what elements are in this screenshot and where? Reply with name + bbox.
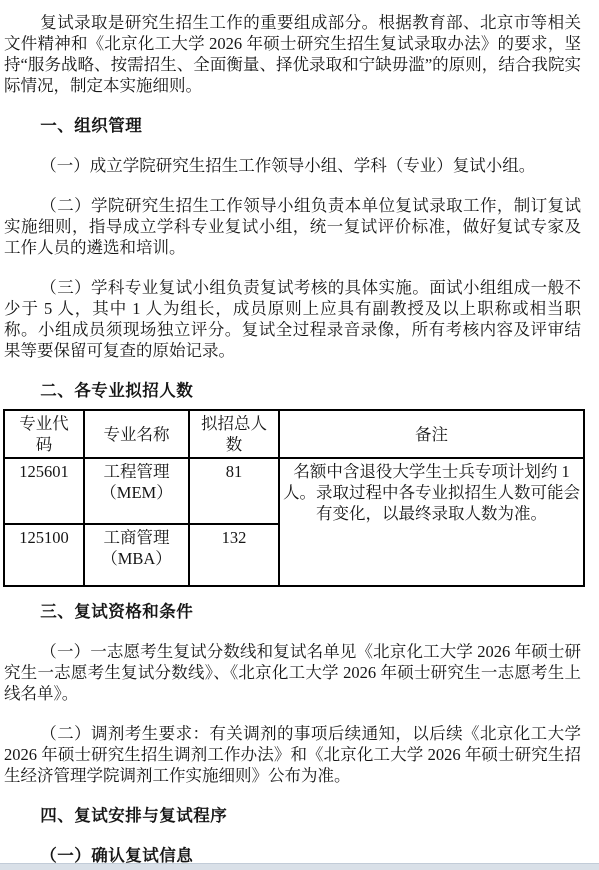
section2-heading: 二、各专业拟招人数: [4, 380, 581, 401]
cell-remark: 名额中含退役大学生士兵专项计划约 1 人。录取过程中各专业拟招生人数可能会有变化…: [279, 458, 584, 586]
col-header-major-name: 专业名称: [84, 410, 189, 458]
cell-major-code: 125601: [4, 458, 84, 524]
section1-heading: 一、组织管理: [4, 115, 581, 136]
cell-planned-total: 132: [189, 524, 279, 586]
intro-paragraph: 复试录取是研究生招生工作的重要组成部分。根据教育部、北京市等相关文件精神和《北京…: [4, 12, 581, 96]
section3-item-2: （二）调剂考生要求：有关调剂的事项后续通知，以后续《北京化工大学 2026 年硕…: [4, 723, 581, 786]
document-body: 复试录取是研究生招生工作的重要组成部分。根据教育部、北京市等相关文件精神和《北京…: [4, 0, 581, 866]
document-page: 复试录取是研究生招生工作的重要组成部分。根据教育部、北京市等相关文件精神和《北京…: [0, 0, 599, 870]
section3-item-1: （一）一志愿考生复试分数线和复试名单见《北京化工大学 2026 年硕士研究生一志…: [4, 641, 581, 704]
section1-item-1: （一）成立学院研究生招生工作领导小组、学科（专业）复试小组。: [4, 155, 581, 176]
cell-major-name: 工商管理 （MBA）: [84, 524, 189, 586]
col-header-major-code: 专业代 码: [4, 410, 84, 458]
bottom-scrollbar-track[interactable]: [0, 863, 599, 870]
col-header-remark: 备注: [279, 410, 584, 458]
cell-major-code: 125100: [4, 524, 84, 586]
admission-quota-table: 专业代 码 专业名称 拟招总人 数 备注 125601 工程管理 （MEM） 8…: [3, 409, 585, 587]
cell-planned-total: 81: [189, 458, 279, 524]
section4-heading: 四、复试安排与复试程序: [4, 805, 581, 826]
table-header-row: 专业代 码 专业名称 拟招总人 数 备注: [4, 410, 584, 458]
section3-heading: 三、复试资格和条件: [4, 601, 581, 622]
section1-item-2: （二）学院研究生招生工作领导小组负责本单位复试录取工作，制订复试实施细则，指导成…: [4, 195, 581, 258]
section1-item-3: （三）学科专业复试小组负责复试考核的具体实施。面试小组组成一般不少于 5 人，其…: [4, 277, 581, 361]
table-row: 125601 工程管理 （MEM） 81 名额中含退役大学生士兵专项计划约 1 …: [4, 458, 584, 524]
admission-quota-table-wrapper: 专业代 码 专业名称 拟招总人 数 备注 125601 工程管理 （MEM） 8…: [3, 409, 581, 587]
col-header-planned-total: 拟招总人 数: [189, 410, 279, 458]
cell-major-name: 工程管理 （MEM）: [84, 458, 189, 524]
